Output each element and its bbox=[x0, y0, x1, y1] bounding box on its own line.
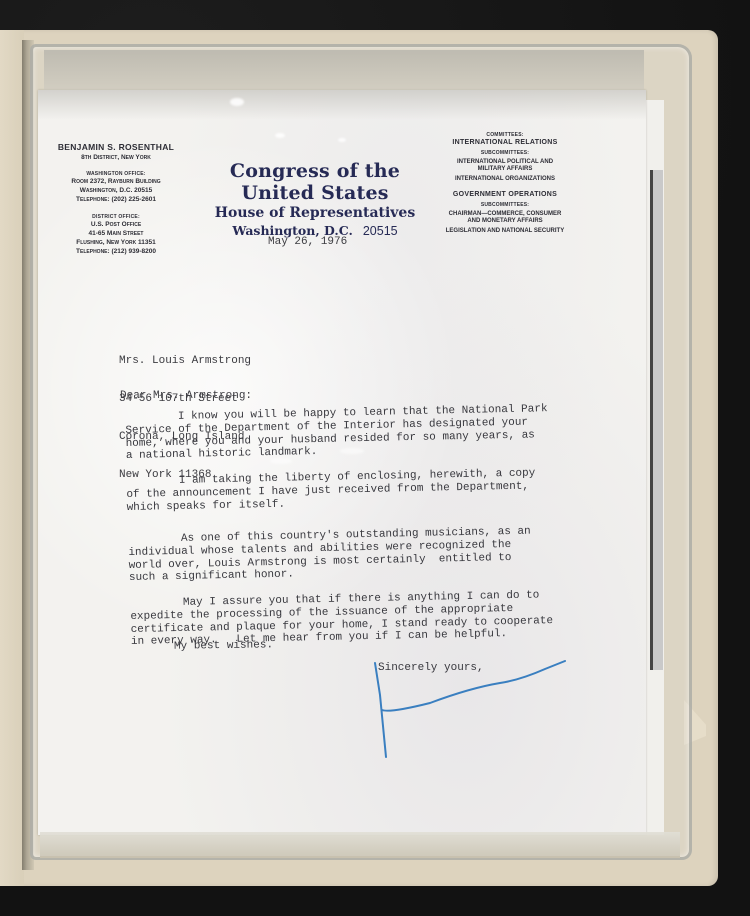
subcommittee-line: AND MONETARY AFFAIRS bbox=[425, 218, 585, 225]
committee-name: INTERNATIONAL RELATIONS bbox=[425, 139, 585, 146]
district-office-line: Telephone: (212) 939-8200 bbox=[46, 247, 186, 256]
letterhead-subtitle: House of Representatives bbox=[195, 205, 435, 221]
letterhead-committees: COMMITTEES: INTERNATIONAL RELATIONS SUBC… bbox=[425, 128, 585, 235]
letterhead-title-block: Congress of the United States House of R… bbox=[195, 160, 435, 238]
district-office-line: 41-65 Main Street bbox=[46, 229, 186, 238]
district-office-line: Flushing, New York 11351 bbox=[46, 238, 186, 247]
washington-office-line: Telephone: (202) 225-2601 bbox=[46, 195, 186, 204]
glare bbox=[275, 133, 285, 138]
glare bbox=[340, 448, 364, 454]
subcommittee-line: CHAIRMAN—COMMERCE, CONSUMER bbox=[425, 211, 585, 218]
letter-paragraph: As one of this country's outstanding mus… bbox=[128, 526, 532, 586]
district-office-line: U.S. Post Office bbox=[46, 220, 186, 229]
glare bbox=[230, 98, 244, 106]
closing-wishes: My best wishes. bbox=[174, 639, 273, 652]
sleeve-bottom-edge bbox=[40, 832, 680, 858]
congressman-district: 8th District, New York bbox=[46, 154, 186, 161]
glare bbox=[338, 138, 346, 142]
subcommittees-header: SUBCOMMITTEES: bbox=[425, 150, 585, 156]
letter-date: May 26, 1976 bbox=[268, 236, 347, 249]
subcommittees-header: SUBCOMMITTEES: bbox=[425, 202, 585, 208]
letterhead-title: Congress of the United States bbox=[195, 160, 435, 204]
subcommittee-line: MILITARY AFFAIRS bbox=[425, 166, 585, 173]
signature-icon bbox=[370, 655, 580, 765]
subcommittee-line: INTERNATIONAL ORGANIZATIONS bbox=[425, 176, 585, 183]
congressman-name: BENJAMIN S. ROSENTHAL bbox=[46, 142, 186, 152]
letterhead-zip: 20515 bbox=[363, 224, 398, 238]
letterhead-congressman-info: BENJAMIN S. ROSENTHAL 8th District, New … bbox=[46, 142, 186, 256]
washington-office-line: Washington, D.C. 20515 bbox=[46, 186, 186, 195]
subcommittee-line: INTERNATIONAL POLITICAL AND bbox=[425, 159, 585, 166]
subcommittee-line: LEGISLATION AND NATIONAL SECURITY bbox=[425, 228, 585, 235]
underlying-sheet-edge bbox=[650, 170, 663, 670]
glare bbox=[270, 458, 292, 464]
washington-office-line: Room 2372, Rayburn Building bbox=[46, 177, 186, 186]
recipient-line: Mrs. Louis Armstrong bbox=[119, 355, 251, 368]
committees-header: COMMITTEES: bbox=[425, 132, 585, 138]
letter-paragraph: I know you will be happy to learn that t… bbox=[125, 403, 548, 463]
committee-name: GOVERNMENT OPERATIONS bbox=[425, 191, 585, 198]
binder-left-flap bbox=[0, 30, 24, 886]
sleeve-fold-shadow bbox=[38, 90, 646, 120]
sleeve-top-edge bbox=[44, 50, 644, 90]
salutation: Dear Mrs. Armstrong: bbox=[120, 390, 252, 403]
